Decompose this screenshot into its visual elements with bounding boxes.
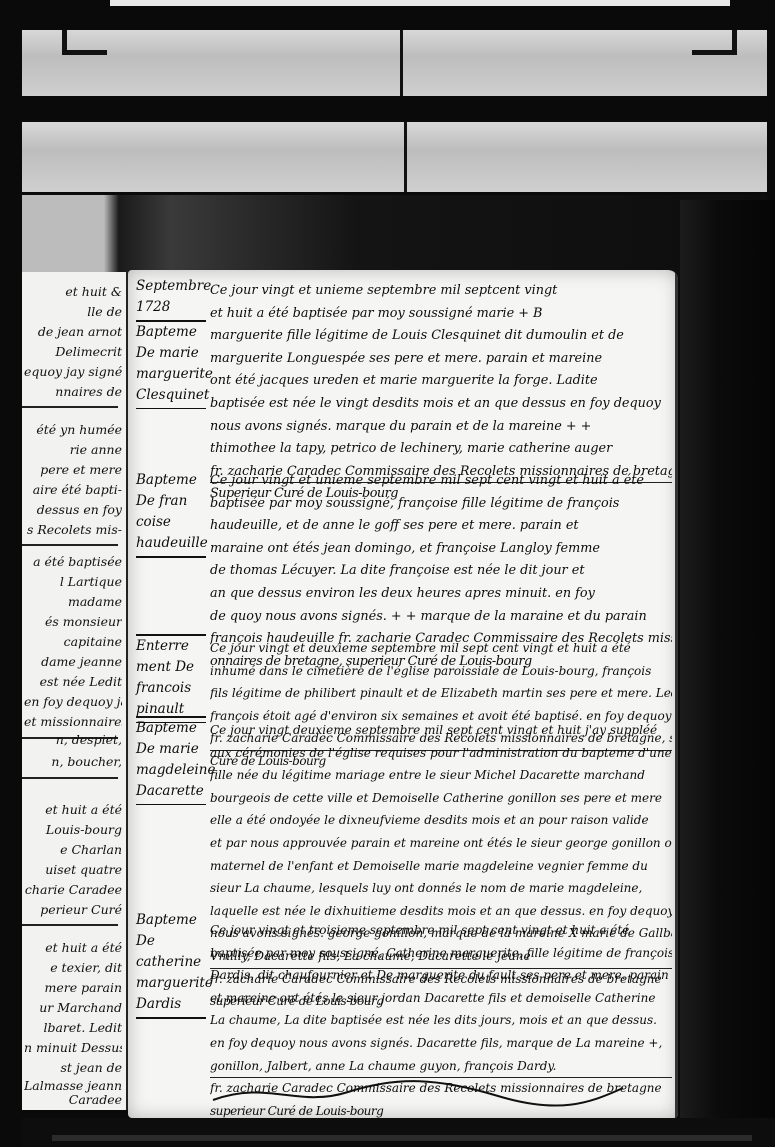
left-fragment-line: e texier, dit — [24, 960, 122, 975]
entry-line: nous avons signés. marque du parain et d… — [210, 416, 672, 439]
margin-rule — [136, 556, 206, 558]
margin-note-entry-5: Bapteme De catherine marguerite Dardis — [136, 910, 214, 1019]
margin-text: Clesquinet — [136, 385, 214, 406]
margin-text: Bapteme — [136, 470, 214, 491]
margin-rule — [136, 1017, 206, 1019]
left-fragment-line: capitaine — [24, 634, 122, 649]
entry-line: et mareine ont étés le sieur jordan Daca… — [210, 988, 672, 1011]
entry-line: thimothee la tapy, petrico de lechinery,… — [210, 438, 672, 461]
entry-line: ont été jacques ureden et marie margueri… — [210, 370, 672, 393]
entry-line: Dardis, dit chaufournier et De marguerit… — [210, 965, 672, 988]
margin-note-entry-1: Septembre 1728 Bapteme De marie margueri… — [136, 276, 214, 409]
left-fragment-line: a été baptisée — [24, 554, 122, 569]
left-page-fragment: et huit & lle de de jean arnot Delimecri… — [22, 272, 129, 1110]
left-fragment-line: Delimecrit — [24, 344, 122, 359]
left-fragment-line: madame — [24, 594, 122, 609]
entry-line: fille née du légitime mariage entre le s… — [210, 765, 672, 788]
entry-line: de thomas Lécuyer. La dite françoise est… — [210, 560, 672, 583]
left-fragment-line: dame jeanne — [24, 654, 122, 669]
entry-line: maraine ont étés jean domingo, et franço… — [210, 538, 672, 561]
entry-line: marguerite fille légitime de Louis Clesq… — [210, 325, 672, 348]
left-fragment-line: e Charlan — [24, 842, 122, 857]
entry-divider — [22, 777, 118, 779]
margin-text: Enterre — [136, 636, 214, 657]
margin-text: Dardis — [136, 994, 214, 1015]
closing-flourish — [208, 1070, 628, 1110]
bracket-right — [692, 30, 737, 55]
margin-text: francois — [136, 678, 214, 699]
entry-line: haudeuille, et de anne le goff ses pere … — [210, 515, 672, 538]
page-shadow — [22, 195, 767, 277]
left-fragment-line: été yn humée — [24, 422, 122, 437]
film-frame-band-middle — [22, 122, 767, 192]
entry-line: aux cérémonies de l'église requises pour… — [210, 743, 672, 766]
entry-line: La chaume, La dite baptisée est née les … — [210, 1010, 672, 1033]
entry-line: de quoy nous avons signés. + + marque de… — [210, 606, 672, 629]
left-fragment-line: perieur Curé — [24, 902, 122, 917]
left-fragment-line: n, despiet, — [24, 732, 122, 747]
entry-line: fils légitime de philibert pinault et de… — [210, 683, 672, 706]
margin-text: marguerite — [136, 364, 214, 385]
left-fragment-line: pere et mere — [24, 462, 122, 477]
left-fragment-line: equoy jay signé — [24, 364, 122, 379]
left-fragment-line: s Recolets mis- — [24, 522, 122, 537]
left-fragment-line: Lalmasse jeannis — [24, 1078, 122, 1093]
left-fragment-line: lbaret. Ledit — [24, 1020, 122, 1035]
margin-text: De marie — [136, 343, 214, 364]
left-fragment-line: lle de — [24, 304, 122, 319]
entry-line: elle a été ondoyée le dixneufvieme desdi… — [210, 810, 672, 833]
margin-note-entry-3: Enterre ment De francois pinault — [136, 632, 214, 723]
entry-line: baptisée par moy soussigné, françoise fi… — [210, 493, 672, 516]
entry-line: inhumé dans le cimetière de l'église par… — [210, 661, 672, 684]
margin-text: De marie — [136, 739, 214, 760]
top-page-edge — [110, 0, 730, 6]
page-edge — [675, 270, 678, 1118]
entry-line: Ce jour vingt deuxieme septembre mil sep… — [210, 720, 672, 743]
scan-border-right — [680, 200, 775, 1147]
margin-rule — [136, 408, 206, 410]
left-fragment-line: st jean de — [24, 1060, 122, 1075]
left-fragment-line: ur Marchand — [24, 1000, 122, 1015]
entry-line: an que dessus environ les deux heures ap… — [210, 583, 672, 606]
left-fragment-line: dessus en foy — [24, 502, 122, 517]
left-fragment-line: l Lartique — [24, 574, 122, 589]
margin-text: marguerite — [136, 973, 214, 994]
left-fragment-line: et huit & — [24, 284, 122, 299]
entry-line: en foy dequoy nous avons signés. Dacaret… — [210, 1033, 672, 1056]
left-fragment-line: mere parain — [24, 980, 122, 995]
scan-border-bottom — [22, 1118, 775, 1147]
register-page: Septembre 1728 Bapteme De marie margueri… — [128, 270, 678, 1118]
left-fragment-line: n, boucher, — [24, 754, 122, 769]
year-heading: 1728 — [136, 297, 214, 318]
entry-line: Ce jour vingt et troisieme septembre mil… — [210, 920, 672, 943]
entry-line: et par nous approuvée parain et mareine … — [210, 833, 672, 856]
margin-text: haudeuille — [136, 533, 214, 554]
left-fragment-line: aire été bapti- — [24, 482, 122, 497]
entry-divider — [22, 544, 118, 546]
margin-text: magdeleine — [136, 760, 214, 781]
left-fragment-line: et missionnaires — [24, 714, 122, 729]
margin-text: Dacarette — [136, 781, 214, 802]
left-fragment-line: et huit a été — [24, 802, 122, 817]
entry-line: marguerite Longuespée ses pere et mere. … — [210, 348, 672, 371]
margin-text: De fran — [136, 491, 214, 512]
entry-line: Ce jour vingt et unieme septembre mil se… — [210, 280, 672, 303]
left-fragment-line: uiset quatre — [24, 862, 122, 877]
left-fragment-line: Louis-bourg — [24, 822, 122, 837]
left-fragment-line: est née Ledit — [24, 674, 122, 689]
entry-line: Ce jour vingt et unieme septembre mil se… — [210, 470, 672, 493]
entry-divider — [22, 924, 118, 926]
left-fragment-line: rie anne — [24, 442, 122, 457]
margin-text: Bapteme — [136, 322, 214, 343]
margin-rule — [136, 804, 206, 806]
left-fragment-line: charie Caradee — [24, 882, 122, 897]
entry-line: bourgeois de cette ville et Demoiselle C… — [210, 788, 672, 811]
entry-line: baptisée par moy soussigné, Catherine ma… — [210, 943, 672, 966]
margin-text: coise — [136, 512, 214, 533]
margin-note-entry-2: Bapteme De fran coise haudeuille — [136, 470, 214, 558]
margin-text: ment De — [136, 657, 214, 678]
entry-line: et huit a été baptisée par moy soussigné… — [210, 303, 672, 326]
left-fragment-line: Caradee — [24, 1092, 122, 1107]
entry-line: Ce jour vingt et deuxieme septembre mil … — [210, 638, 672, 661]
left-fragment-line: et huit a été — [24, 940, 122, 955]
margin-text: De catherine — [136, 931, 214, 973]
margin-text: Bapteme — [136, 718, 214, 739]
left-fragment-line: és monsieur — [24, 614, 122, 629]
left-fragment-line: en foy dequoy jay — [24, 694, 122, 709]
entry-line: baptisée est née le vingt desdits mois e… — [210, 393, 672, 416]
entry-line: sieur La chaume, lesquels luy ont donnés… — [210, 878, 672, 901]
bracket-left — [62, 30, 107, 55]
margin-text: Bapteme — [136, 910, 214, 931]
left-fragment-line: n minuit Dessus — [24, 1040, 122, 1055]
month-heading: Septembre — [136, 276, 214, 297]
entry-divider — [22, 406, 118, 408]
entry-line: maternel de l'enfant et Demoiselle marie… — [210, 856, 672, 879]
margin-note-entry-4: Bapteme De marie magdeleine Dacarette — [136, 714, 214, 805]
left-fragment-line: nnaires de — [24, 384, 122, 399]
left-fragment-line: de jean arnot — [24, 324, 122, 339]
film-frame-band-upper — [22, 30, 767, 96]
